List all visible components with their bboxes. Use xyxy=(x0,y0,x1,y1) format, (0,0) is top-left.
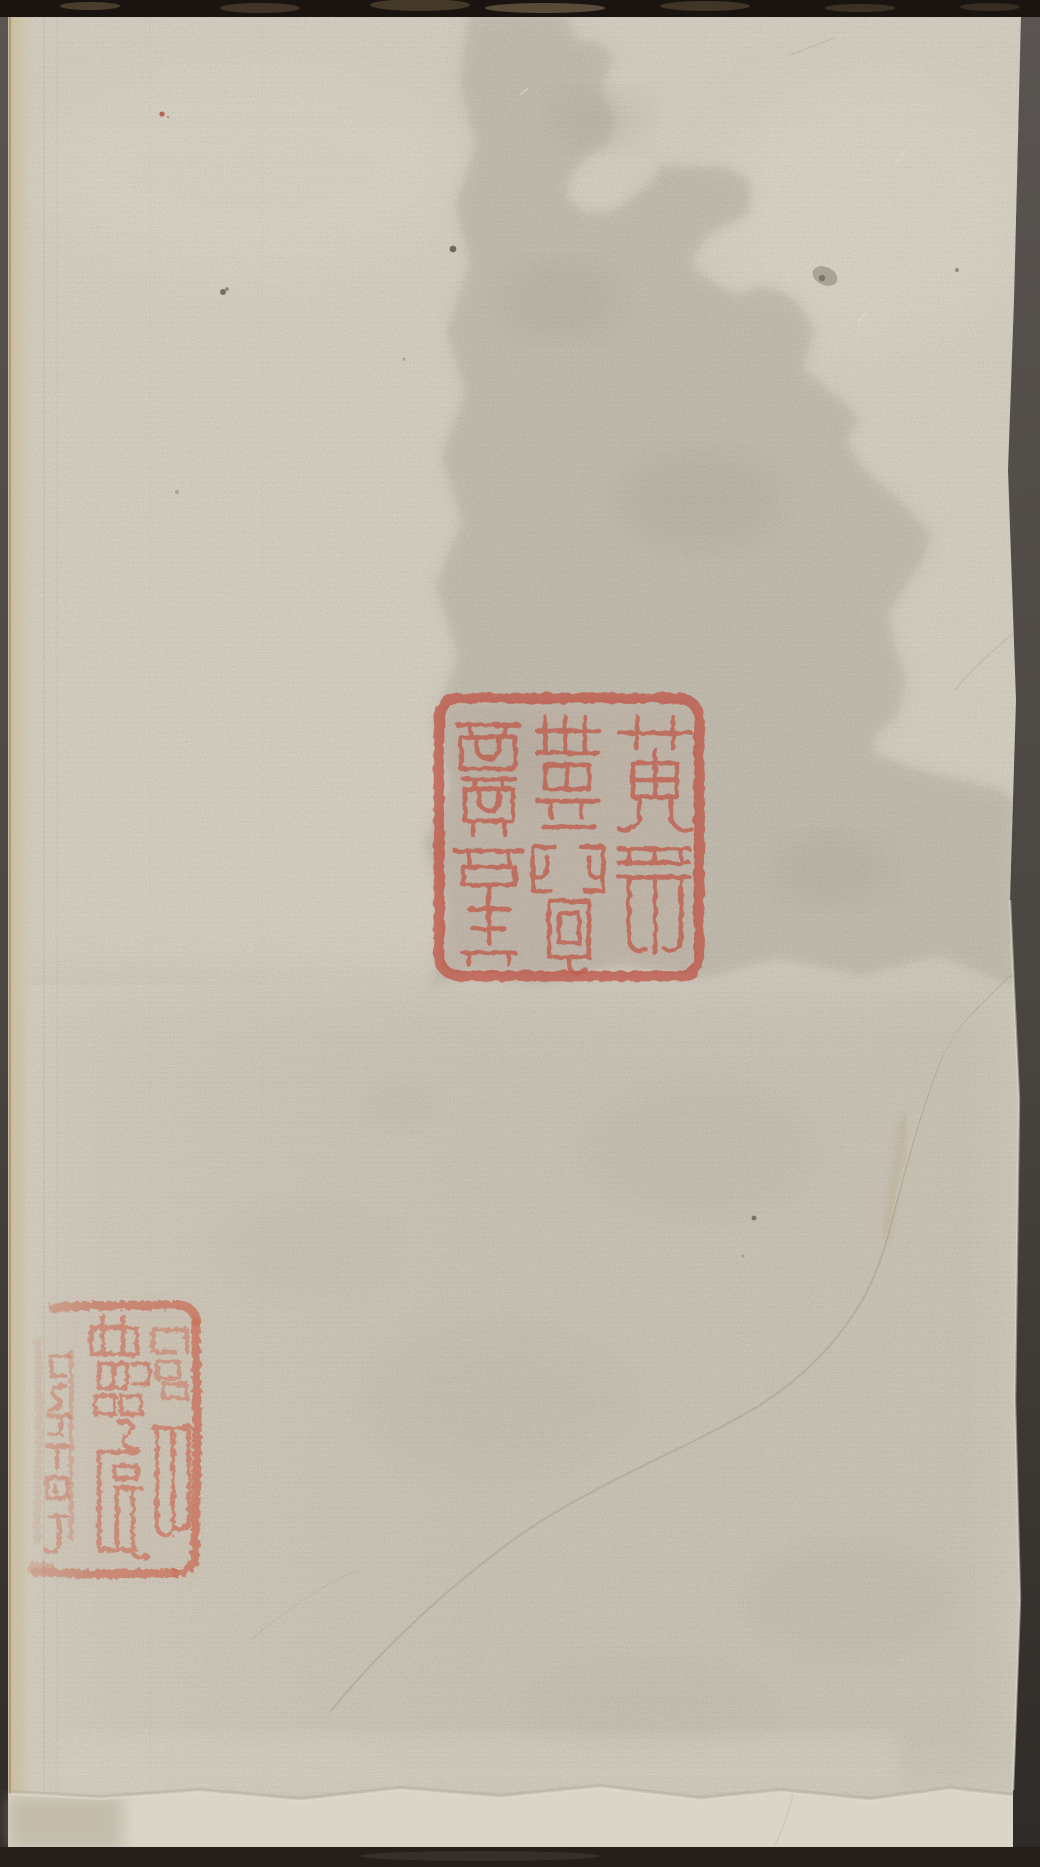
top-edge-fleck-2 xyxy=(220,3,300,13)
ink-speck-1b xyxy=(225,287,229,291)
seal-stamp-center xyxy=(439,698,699,976)
book-top-edge xyxy=(0,0,1040,17)
smudge-core xyxy=(819,275,825,281)
top-edge-fleck-4 xyxy=(485,3,605,13)
seal2-glyph-colC-bottom xyxy=(153,1426,193,1536)
seal2-border-bottom xyxy=(35,1572,175,1574)
ink-speck-4 xyxy=(175,490,179,494)
ink-speck-3 xyxy=(402,357,405,360)
ink-speck-1 xyxy=(220,289,226,295)
red-speck xyxy=(159,111,164,116)
under-sheet-shadow xyxy=(8,1795,123,1850)
top-edge-fleck-7 xyxy=(960,3,1020,11)
red-speck-tail xyxy=(167,116,169,118)
ink-speck-2 xyxy=(450,246,457,253)
top-edge-fleck-6 xyxy=(825,4,895,12)
ink-speck-6 xyxy=(752,1216,757,1221)
top-edge-fleck-1 xyxy=(60,2,120,10)
ink-speck-7 xyxy=(742,1255,745,1258)
book-bottom-edge xyxy=(0,1847,1040,1867)
top-edge-fleck-5 xyxy=(660,1,750,11)
scanned-book-page xyxy=(0,0,1040,1867)
seal2-border-left xyxy=(37,1340,39,1542)
seal-stamp-bottom-left xyxy=(33,1300,199,1578)
ink-speck-5 xyxy=(955,268,959,272)
bottom-edge-sheen xyxy=(360,1851,600,1861)
binding-edge xyxy=(8,15,32,1795)
